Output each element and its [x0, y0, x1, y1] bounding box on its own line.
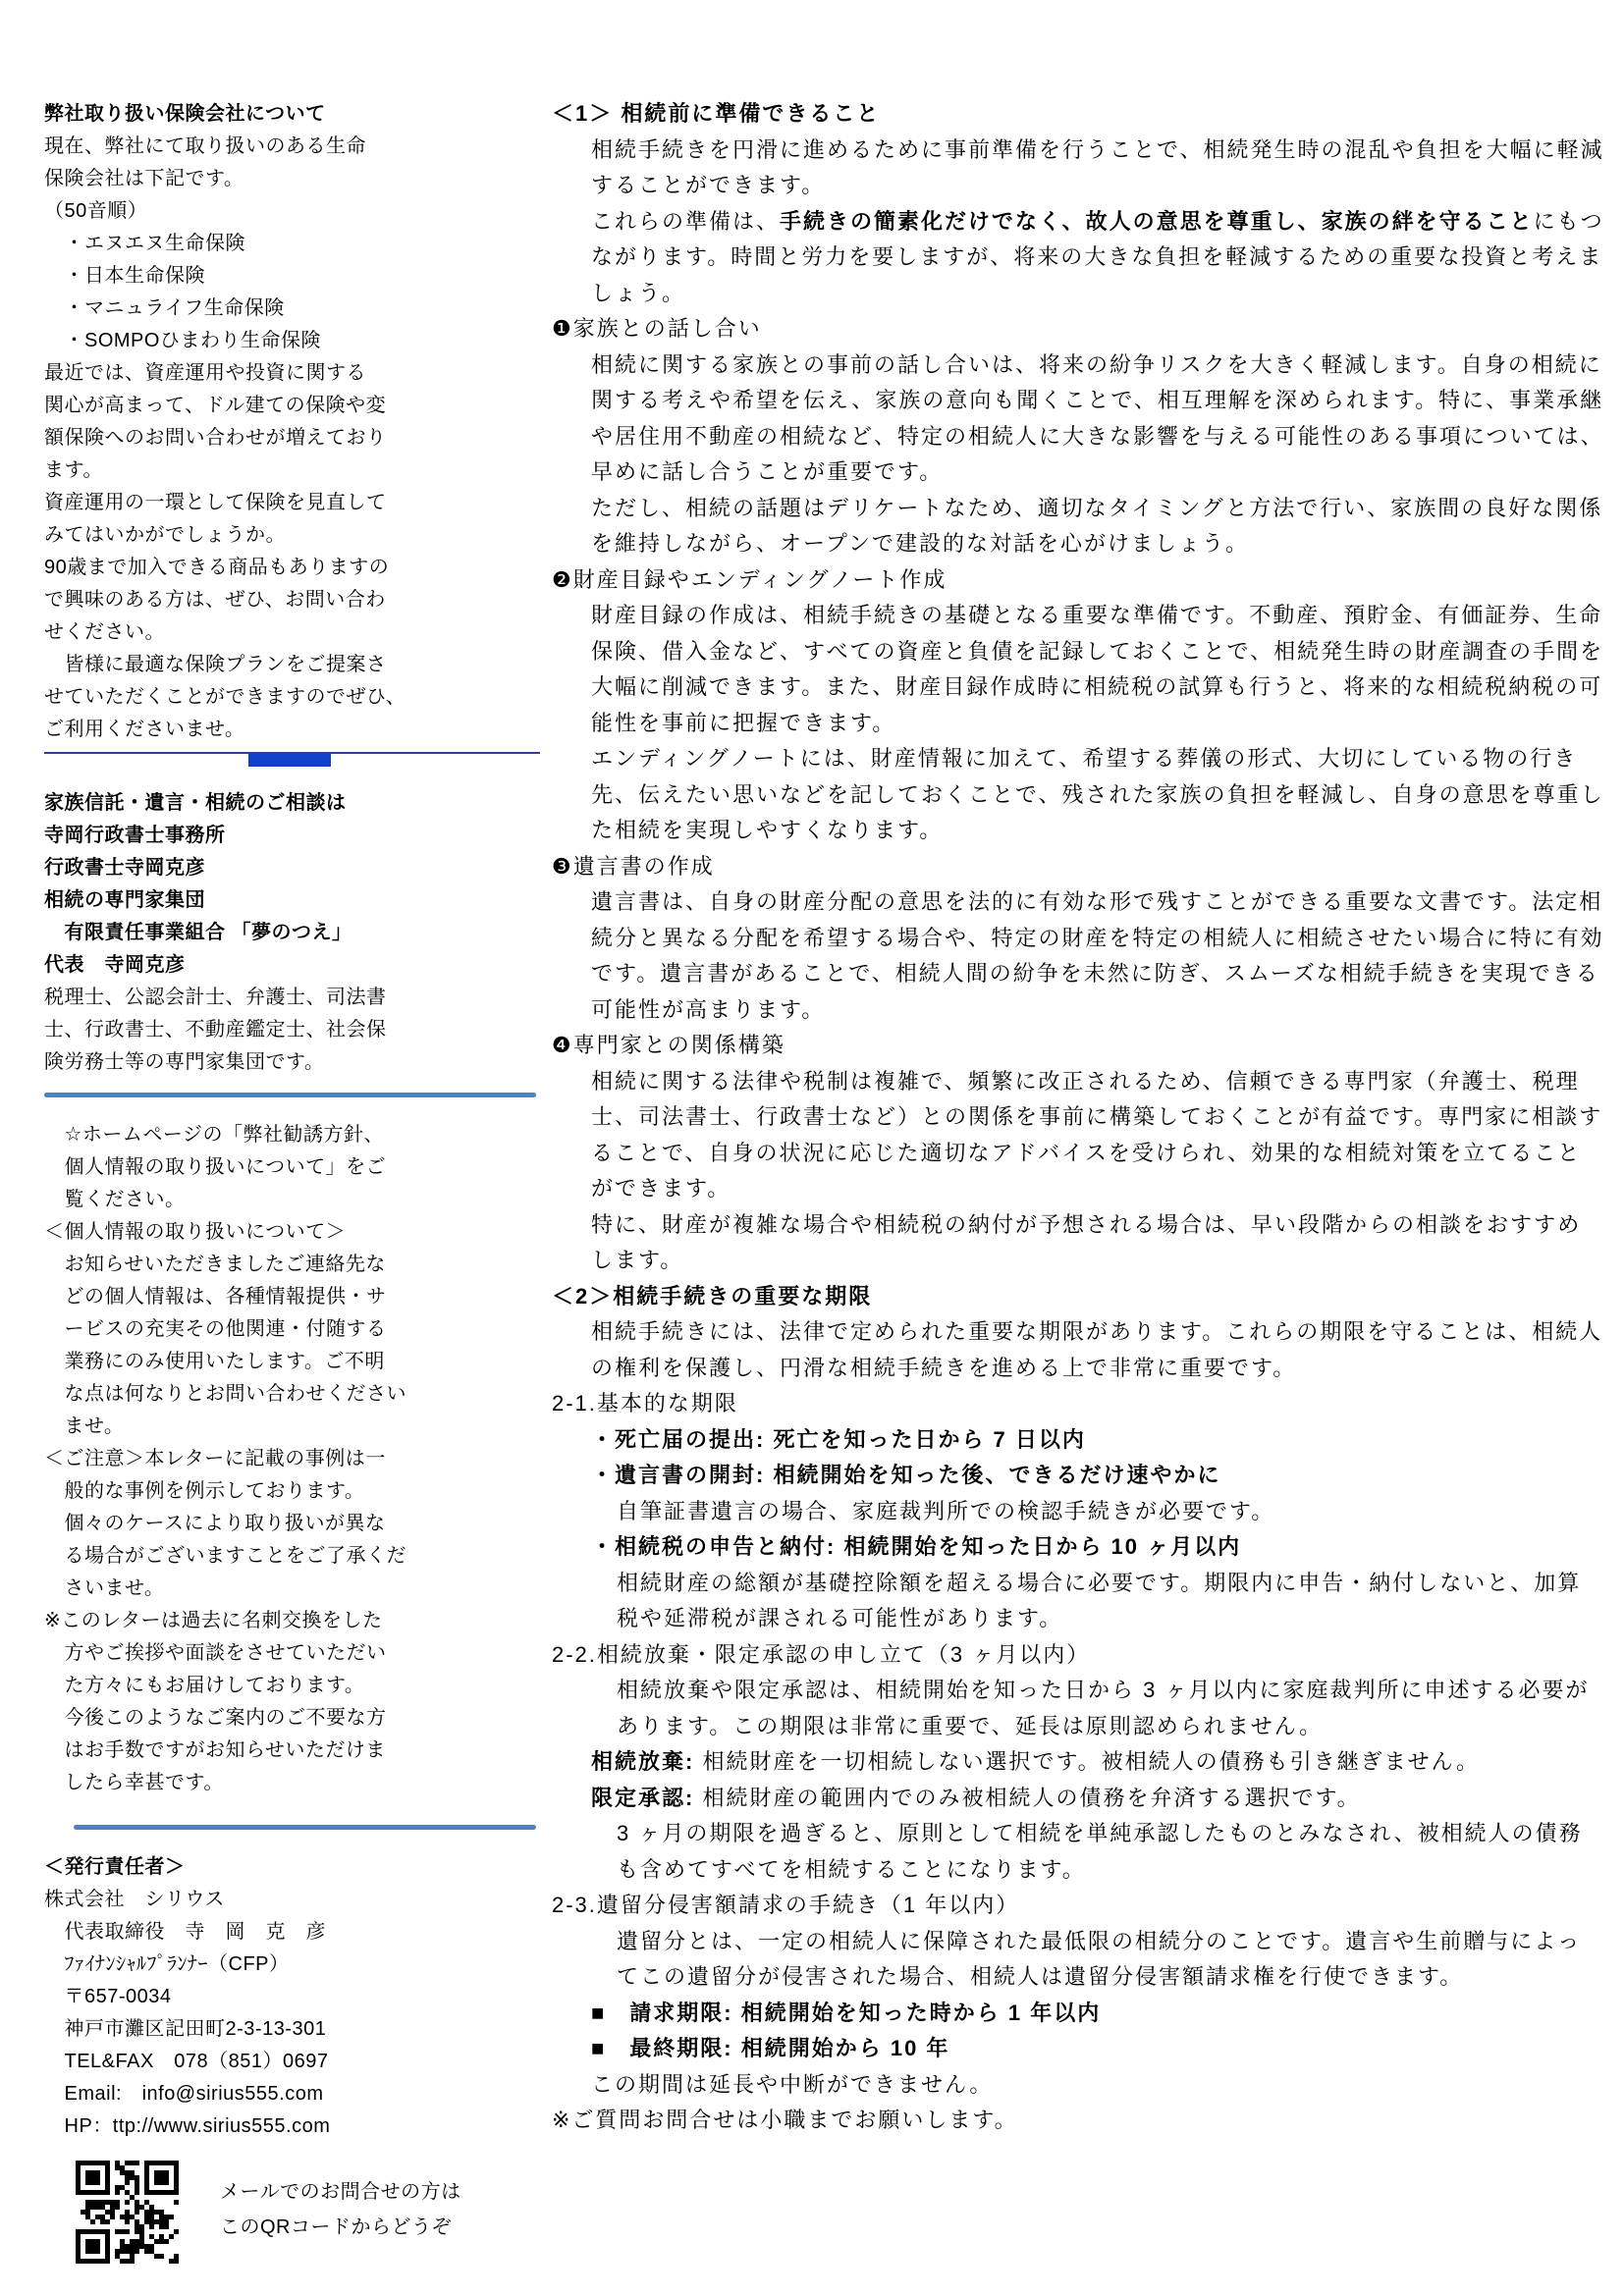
text-line: 家族信託・遺言・相続のご相談は [44, 787, 540, 820]
text-line: 株式会社 シリウス [44, 1884, 540, 1916]
bold-text: 限定承認: [591, 1786, 694, 1810]
text: エンディングノートには、財産情報に加えて、希望する葬儀の形式、大切にしている物の… [591, 746, 1604, 842]
text-line: せください。 [44, 616, 540, 649]
numbered-item-3: ❸遺言書の作成 [552, 849, 1604, 885]
text-line: な点は何なりとお問い合わせください [44, 1378, 540, 1411]
text-line: 90歳まで加入できる商品もありますの [44, 552, 540, 584]
bold-text: 手続きの簡素化だけでなく、故人の意思を尊重し、家族の絆を守ること [780, 209, 1534, 234]
text-line: 〒657-0034 [44, 1981, 540, 2013]
paragraph: 3 ヶ月の期限を過ぎると、原則として相続を単純承認したものとみなされ、被相続人の… [552, 1816, 1604, 1888]
text: 自筆証書遺言の場合、家庭裁判所での検認手続きが必要です。 [617, 1499, 1274, 1523]
text-line: 行政書士寺岡克彦 [44, 852, 540, 884]
paragraph: 相続に関する家族との事前の話し合いは、将来の紛争リスクを大きく軽減します。自身の… [552, 347, 1604, 491]
bold-text: ・死亡届の提出: 死亡を知った日から 7 日以内 [591, 1427, 1086, 1452]
bold-text: ・遺言書の開封: 相続開始を知った後、できるだけ速やかに [591, 1463, 1220, 1487]
subheading-2-3: 2-3.遺留分侵害額請求の手続き（1 年以内） [552, 1888, 1604, 1924]
text-line: 寺岡行政書士事務所 [44, 820, 540, 852]
text-line: 皆様に最適な保険プランをご提案さ [44, 649, 540, 681]
text-line: 般的な事例を例示しております。 [44, 1475, 540, 1508]
deadline-item: ■ 請求期限: 相続開始を知った時から 1 年以内 [552, 1996, 1604, 2032]
heading-section-1: ＜1＞ 相続前に準備できること [552, 96, 1604, 133]
text-line: 保険会社は下記です。 [44, 163, 540, 195]
numbered-item-1: ❶家族との話し合い [552, 311, 1604, 347]
left-column: 弊社取り扱い保険会社について現在、弊社にて取り扱いのある生命保険会社は下記です。… [44, 98, 540, 2264]
numbered-item-4: ❹専門家との関係構築 [552, 1028, 1604, 1064]
text-line: したら幸甚です。 [44, 1767, 540, 1799]
text-line: で興味のある方は、ぜひ、お問い合わ [44, 584, 540, 616]
paragraph: 相続手続きを円滑に進めるために事前準備を行うことで、相続発生時の混乱や負担を大幅… [552, 133, 1604, 204]
subheading-2-2: 2-2.相続放棄・限定承認の申し立て（3 ヶ月以内） [552, 1637, 1604, 1674]
text-line: ※このレターは過去に名刺交換をした [44, 1605, 540, 1637]
text-line: みてはいかがでしょうか。 [44, 519, 540, 552]
qr-contact-row: メールでのお問合せの方は このQRコードからどうぞ [44, 2161, 540, 2264]
text: 財産目録の作成は、相続手続きの基礎となる重要な準備です。不動産、預貯金、有価証券… [591, 603, 1603, 735]
text-line: ☆ホームページの「弊社勧誘方針、 [44, 1119, 540, 1151]
text-line: ＜ご注意＞本レターに記載の事例は一 [44, 1443, 540, 1475]
text-line: 有限責任事業組合 「夢のつえ」 [44, 917, 540, 949]
text-line: ・日本生命保険 [44, 260, 540, 293]
text-line: ご利用くださいませ。 [44, 714, 540, 746]
text: ❹専門家との関係構築 [552, 1033, 785, 1057]
paragraph: 相続放棄や限定承認は、相続開始を知った日から 3 ヶ月以内に家庭裁判所に申述する… [552, 1673, 1604, 1744]
consultation-office-section: 家族信託・遺言・相続のご相談は寺岡行政書士事務所行政書士寺岡克彦相続の専門家集団… [44, 787, 540, 1079]
deadline-item: ・死亡届の提出: 死亡を知った日から 7 日以内 [552, 1422, 1604, 1459]
text-line: ・マニュライフ生命保険 [44, 293, 540, 325]
text-line: ・エヌエヌ生命保険 [44, 228, 540, 260]
bold-text: ■ 最終期限: 相続開始から 10 年 [591, 2036, 949, 2060]
text: ただし、相続の話題はデリケートなため、適切なタイミングと方法で行い、家族間の良好… [591, 496, 1602, 557]
divider-thick-blue-indented [74, 1825, 536, 1830]
text-line: Email: info@sirius555.com [44, 2078, 540, 2110]
paragraph: 財産目録の作成は、相続手続きの基礎となる重要な準備です。不動産、預貯金、有価証券… [552, 598, 1604, 741]
text-line: ませ。 [44, 1411, 540, 1443]
paragraph: 遺留分とは、一定の相続人に保障された最低限の相続分のことです。遺言や生前贈与によ… [552, 1924, 1604, 1996]
text-line: 険労務士等の専門家集団です。 [44, 1046, 540, 1079]
text-line: 神戸市灘区記田町2-3-13-301 [44, 2013, 540, 2046]
numbered-item-2: ❷財産目録やエンディングノート作成 [552, 562, 1604, 599]
text: 相続放棄や限定承認は、相続開始を知った日から 3 ヶ月以内に家庭裁判所に申述する… [617, 1678, 1589, 1738]
paragraph: 特に、財産が複雑な場合や相続税の納付が予想される場合は、早い段階からの相談をおす… [552, 1207, 1604, 1279]
text: この期間は延長や中断ができません。 [591, 2072, 993, 2097]
text-line: 代表 寺岡克彦 [44, 949, 540, 982]
paragraph: 相続財産の総額が基礎控除額を超える場合に必要です。期限内に申告・納付しないと、加… [552, 1566, 1604, 1637]
text-line: はお手数ですがお知らせいただけま [44, 1735, 540, 1767]
text-line: 方やご挨拶や面談をさせていただい [44, 1637, 540, 1670]
divider-thin-blue [44, 752, 540, 770]
paragraph: これらの準備は、手続きの簡素化だけでなく、故人の意思を尊重し、家族の絆を守ること… [552, 204, 1604, 312]
qr-caption-line2: このQRコードからどうぞ [220, 2216, 452, 2238]
text: ❷財産目録やエンディングノート作成 [552, 567, 947, 592]
newsletter-page: 弊社取り扱い保険会社について現在、弊社にて取り扱いのある生命保険会社は下記です。… [0, 0, 1624, 2296]
text: ❸遺言書の作成 [552, 854, 715, 879]
text-line: ます。 [44, 454, 540, 487]
privacy-notice-section: ☆ホームページの「弊社勧誘方針、 個人情報の取り扱いについて」をご 覧ください。… [44, 1119, 540, 1799]
paragraph: ただし、相続の話題はデリケートなため、適切なタイミングと方法で行い、家族間の良好… [552, 491, 1604, 562]
text-line: 業務にのみ使用いたします。ご不明 [44, 1346, 540, 1378]
text-line: 個人情報の取り扱いについて」をご [44, 1151, 540, 1184]
insurance-companies-section: 弊社取り扱い保険会社について現在、弊社にて取り扱いのある生命保険会社は下記です。… [44, 98, 540, 746]
text-line: ＜個人情報の取り扱いについて＞ [44, 1216, 540, 1249]
text-line: 関心が高まって、ドル建ての保険や変 [44, 390, 540, 422]
bold-text: ＜1＞ 相続前に準備できること [552, 101, 880, 126]
text: 相続手続きには、法律で定められた重要な期限があります。これらの期限を守ることは、… [591, 1319, 1602, 1380]
deadline-item: ・遺言書の開封: 相続開始を知った後、できるだけ速やかに [552, 1458, 1604, 1494]
paragraph: 自筆証書遺言の場合、家庭裁判所での検認手続きが必要です。 [552, 1494, 1604, 1530]
text: 2-2.相続放棄・限定承認の申し立て（3 ヶ月以内） [552, 1642, 1090, 1667]
text-line: お知らせいただきましたご連絡先な [44, 1249, 540, 1281]
heading-section-2: ＜2＞相続手続きの重要な期限 [552, 1279, 1604, 1315]
qr-caption: メールでのお問合せの方は このQRコードからどうぞ [220, 2174, 461, 2245]
text-line: HP：ttp://www.sirius555.com [44, 2110, 540, 2143]
paragraph: 遺言書は、自身の財産分配の意思を法的に有効な形で残すことができる重要な文書です。… [552, 884, 1604, 1028]
text-line: ・SOMPOひまわり生命保険 [44, 325, 540, 357]
text: 相続手続きを円滑に進めるために事前準備を行うことで、相続発生時の混乱や負担を大幅… [591, 137, 1604, 198]
term-definition: 相続放棄: 相続財産を一切相続しない選択です。被相続人の債務も引き継ぎません。 [552, 1744, 1604, 1781]
text-line: ﾌｧｲﾅﾝｼｬﾙﾌﾟﾗﾝﾅｰ（CFP） [44, 1949, 540, 1981]
text-line: た方々にもお届けしております。 [44, 1670, 540, 1702]
text: 相続に関する法律や税制は複雑で、頻繁に改正されるため、信頼できる専門家（弁護士、… [591, 1069, 1602, 1201]
text: 2-1.基本的な期限 [552, 1391, 738, 1415]
text-line: ービスの充実その他関連・付随する [44, 1313, 540, 1346]
qr-caption-line1: メールでのお問合せの方は [220, 2181, 461, 2203]
subheading-2-1: 2-1.基本的な期限 [552, 1386, 1604, 1422]
publisher-section: ＜発行責任者＞株式会社 シリウス 代表取締役 寺 岡 克 彦 ﾌｧｲﾅﾝｼｬﾙﾌ… [44, 1851, 540, 2143]
paragraph: 相続に関する法律や税制は複雑で、頻繁に改正されるため、信頼できる専門家（弁護士、… [552, 1064, 1604, 1207]
text-line: 税理士、公認会計士、弁護士、司法書 [44, 982, 540, 1014]
text-line: 額保険へのお問い合わせが増えており [44, 422, 540, 454]
text: これらの準備は、 [591, 209, 780, 234]
text-line: 士、行政書士、不動産鑑定士、社会保 [44, 1014, 540, 1046]
term-definition: 限定承認: 相続財産の範囲内でのみ被相続人の債務を弁済する選択です。 [552, 1781, 1604, 1817]
text: 特に、財産が複雑な場合や相続税の納付が予想される場合は、早い段階からの相談をおす… [591, 1212, 1581, 1273]
deadline-item: ■ 最終期限: 相続開始から 10 年 [552, 2031, 1604, 2067]
text-line: 資産運用の一環として保険を見直して [44, 487, 540, 519]
text-line: 代表取締役 寺 岡 克 彦 [44, 1916, 540, 1949]
text: 相続に関する家族との事前の話し合いは、将来の紛争リスクを大きく軽減します。自身の… [591, 352, 1604, 485]
text-line: 最近では、資産運用や投資に関する [44, 357, 540, 390]
bold-text: ・相続税の申告と納付: 相続開始を知った日から 10 ヶ月以内 [591, 1534, 1241, 1559]
text: 相続財産の範囲内でのみ被相続人の債務を弁済する選択です。 [694, 1786, 1360, 1810]
text: 遺言書は、自身の財産分配の意思を法的に有効な形で残すことができる重要な文書です。… [591, 889, 1604, 1022]
paragraph: 相続手続きには、法律で定められた重要な期限があります。これらの期限を守ることは、… [552, 1314, 1604, 1386]
blue-accent-block [248, 754, 331, 767]
text-line: 覧ください。 [44, 1184, 540, 1216]
paragraph: エンディングノートには、財産情報に加えて、希望する葬儀の形式、大切にしている物の… [552, 741, 1604, 849]
text: ※ご質問お問合せは小職までお願いします。 [552, 2108, 1018, 2132]
text-line: TEL&FAX 078（851）0697 [44, 2046, 540, 2078]
right-column: ＜1＞ 相続前に準備できること相続手続きを円滑に進めるために事前準備を行うことで… [552, 96, 1604, 2139]
divider-thick-blue [44, 1093, 536, 1097]
bold-text: ■ 請求期限: 相続開始を知った時から 1 年以内 [591, 2001, 1101, 2025]
text-line: ＜発行責任者＞ [44, 1851, 540, 1884]
closing-note: ※ご質問お問合せは小職までお願いします。 [552, 2103, 1604, 2139]
deadline-item: ・相続税の申告と納付: 相続開始を知った日から 10 ヶ月以内 [552, 1529, 1604, 1566]
text-line: 今後このようなご案内のご不要な方 [44, 1702, 540, 1735]
text-line: 現在、弊社にて取り扱いのある生命 [44, 131, 540, 163]
text-line: 個々のケースにより取り扱いが異な [44, 1508, 540, 1540]
text-line: さいませ。 [44, 1573, 540, 1605]
text: 相続財産を一切相続しない選択です。被相続人の債務も引き継ぎません。 [694, 1749, 1480, 1774]
text: 遺留分とは、一定の相続人に保障された最低限の相続分のことです。遺言や生前贈与によ… [617, 1929, 1581, 1990]
text-line: 弊社取り扱い保険会社について [44, 98, 540, 131]
text: 相続財産の総額が基礎控除額を超える場合に必要です。期限内に申告・納付しないと、加… [617, 1571, 1581, 1631]
text-line: （50音順） [44, 195, 540, 228]
bold-text: ＜2＞相続手続きの重要な期限 [552, 1284, 872, 1308]
text-line: る場合がございますことをご了承くだ [44, 1540, 540, 1573]
text-line: 相続の専門家集団 [44, 884, 540, 917]
text: ❶家族との話し合い [552, 316, 762, 341]
qr-code [76, 2161, 179, 2264]
paragraph: この期間は延長や中断ができません。 [552, 2067, 1604, 2104]
text: 2-3.遺留分侵害額請求の手続き（1 年以内） [552, 1893, 1019, 1917]
bold-text: 相続放棄: [591, 1749, 694, 1774]
text-line: せていただくことができますのでぜひ、 [44, 681, 540, 714]
text: 3 ヶ月の期限を過ぎると、原則として相続を単純承認したものとみなされ、被相続人の… [617, 1821, 1583, 1882]
text-line: どの個人情報は、各種情報提供・サ [44, 1281, 540, 1313]
